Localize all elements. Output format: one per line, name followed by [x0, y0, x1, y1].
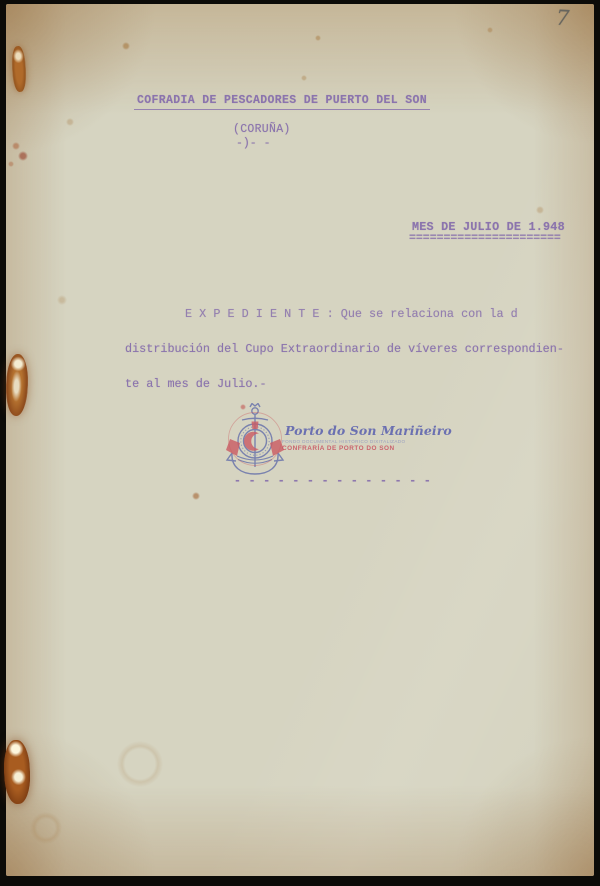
- stamp-script-title: Porto do Son Mariñeiro: [285, 423, 452, 438]
- date-underline: ======================: [409, 232, 561, 245]
- stamp-text-block: Porto do Son Mariñeiro FONDO DOCUMENTAL …: [282, 423, 409, 452]
- rust-stain-bottom: [3, 740, 31, 805]
- scanned-document-page: 7 COFRADIA DE PESCADORES DE PUERTO DEL S…: [0, 0, 600, 886]
- document-title: COFRADIA DE PESCADORES DE PUERTO DEL SON: [134, 94, 430, 110]
- stamp-subline: FONDO DOCUMENTAL HISTÓRICO DIXITALIZADO: [282, 439, 409, 444]
- body-text-line-2: distribución del Cupo Extraordinario de …: [125, 342, 564, 356]
- rust-staple-mark-middle: [5, 354, 29, 417]
- page-content: 7 COFRADIA DE PESCADORES DE PUERTO DEL S…: [0, 0, 600, 886]
- typed-flourish: -)- -: [236, 137, 271, 150]
- stamp-red-line: CONFRARÍA DE PORTO DO SON: [282, 445, 409, 452]
- body-text-line-3: te al mes de Julio.-: [125, 377, 267, 391]
- document-subtitle: (CORUÑA): [233, 123, 291, 136]
- rust-staple-mark-top: [11, 46, 27, 93]
- body-text-line-1: E X P E D I E N T E : Que se relaciona c…: [185, 307, 518, 321]
- page-number: 7: [555, 6, 570, 31]
- archive-watermark-stamp: Porto do Son Mariñeiro FONDO DOCUMENTAL …: [214, 403, 409, 488]
